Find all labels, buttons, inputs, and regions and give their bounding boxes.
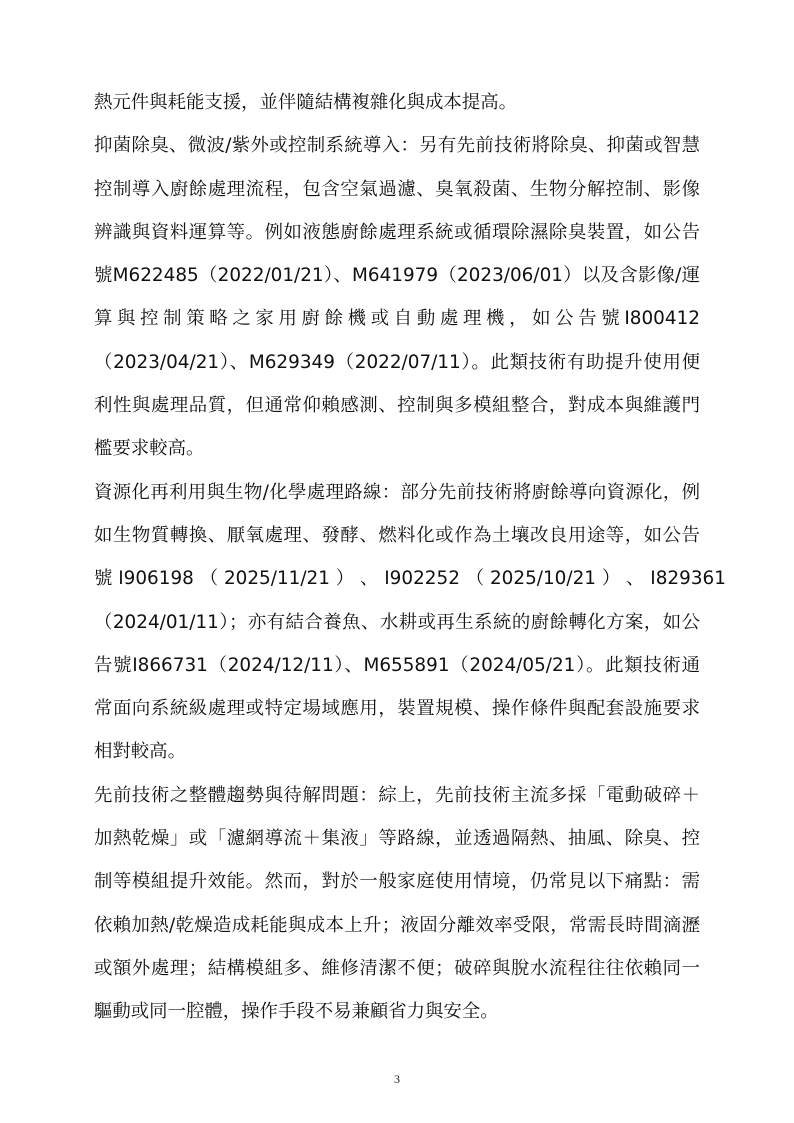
text-line: 先前技術之整體趨勢與待解問題：綜上，先前技術主流多採「電動破碎＋	[94, 774, 700, 817]
text-line: 抑菌除臭、微波/紫外或控制系統導入：另有先前技術將除臭、抑菌或智慧	[94, 124, 700, 167]
text-line: 制等模組提升效能。然而，對於一般家庭使用情境，仍常見以下痛點：需	[94, 860, 700, 903]
text-line: （2024/01/11）；亦有結合養魚、水耕或再生系統的廚餘轉化方案，如公	[94, 601, 700, 644]
text-line: 號 I906198 （ 2025/11/21 ） 、 I902252 （ 202…	[94, 557, 700, 600]
page-number: 3	[0, 1072, 794, 1087]
body-text: 熱元件與耗能支援，並伴隨結構複雜化與成本提高。 抑菌除臭、微波/紫外或控制系統導…	[94, 81, 700, 1034]
text-line: 如生物質轉換、厭氧處理、發酵、燃料化或作為土壤改良用途等，如公告	[94, 514, 700, 557]
text-line: 驅動或同一腔體，操作手段不易兼顧省力與安全。	[94, 990, 700, 1033]
text-line: 常面向系統級處理或特定場域應用，裝置規模、操作條件與配套設施要求	[94, 687, 700, 730]
text-line: 檻要求較高。	[94, 427, 700, 470]
text-line: 加熱乾燥」或「濾網導流＋集液」等路線，並透過隔熱、抽風、除臭、控	[94, 817, 700, 860]
document-page: 熱元件與耗能支援，並伴隨結構複雜化與成本提高。 抑菌除臭、微波/紫外或控制系統導…	[0, 0, 794, 1123]
text-line: 利性與處理品質，但通常仰賴感測、控制與多模組整合，對成本與維護門	[94, 384, 700, 427]
text-line: （2023/04/21）、M629349（2022/07/11）。此類技術有助提…	[94, 341, 700, 384]
text-line: 控制導入廚餘處理流程，包含空氣過濾、臭氧殺菌、生物分解控制、影像	[94, 168, 700, 211]
text-line: 號M622485（2022/01/21）、M641979（2023/06/01）…	[94, 254, 700, 297]
text-line: 相對較高。	[94, 730, 700, 773]
text-line: 或額外處理；結構模組多、維修清潔不便；破碎與脫水流程往往依賴同一	[94, 947, 700, 990]
text-line: 辨識與資料運算等。例如液態廚餘處理系統或循環除濕除臭裝置，如公告	[94, 211, 700, 254]
text-line: 依賴加熱/乾燥造成耗能與成本上升；液固分離效率受限，常需長時間滴瀝	[94, 904, 700, 947]
text-line: 資源化再利用與生物/化學處理路線：部分先前技術將廚餘導向資源化，例	[94, 471, 700, 514]
text-line: 熱元件與耗能支援，並伴隨結構複雜化與成本提高。	[94, 81, 700, 124]
text-line: 算與控制策略之家用廚餘機或自動處理機，如公告號I800412	[94, 297, 700, 340]
text-line: 告號I866731（2024/12/11）、M655891（2024/05/21…	[94, 644, 700, 687]
